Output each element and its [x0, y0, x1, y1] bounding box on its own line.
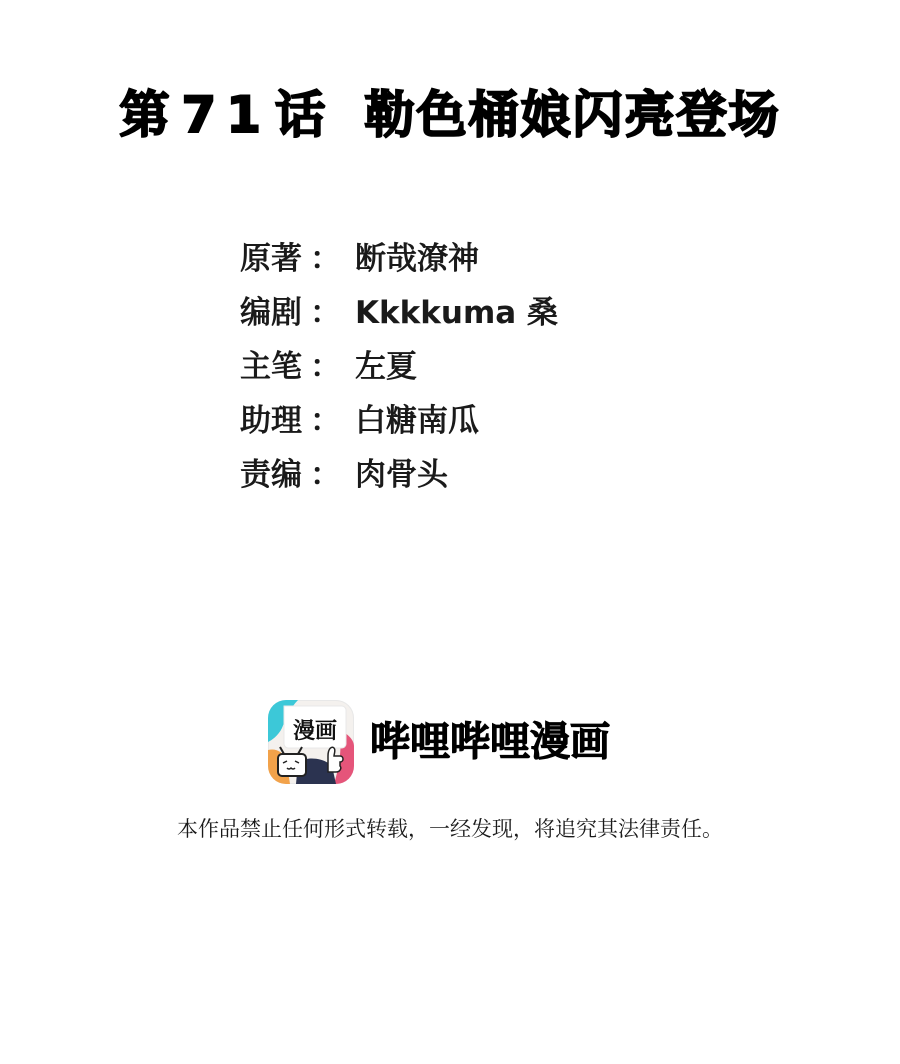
credits-list: 原著 ： 断哉潦神 编剧 ： Kkkkuma 桑 主笔 ： 左夏 助理 ： 白糖… [240, 228, 660, 498]
credit-separator: ： [310, 449, 341, 494]
credit-row-editor: 责编 ： 肉骨头 [240, 444, 660, 498]
credit-row-screenwriter: 编剧 ： Kkkkuma 桑 [240, 282, 660, 336]
brand-name: 哔哩哔哩漫画 [370, 718, 610, 766]
chapter-suffix: 话 [275, 86, 327, 144]
bilibili-comics-app-icon: 漫画 [268, 700, 354, 784]
chapter-name: 勒色桶娘闪亮登场 [365, 86, 781, 144]
credit-name: 白糖南瓜 [355, 395, 479, 440]
svg-text:漫画: 漫画 [293, 718, 337, 744]
credit-name: 左夏 [355, 341, 417, 386]
chapter-prefix: 第 [119, 86, 171, 144]
credit-row-lead-artist: 主笔 ： 左夏 [240, 336, 660, 390]
chapter-number-group: 第71话 [119, 86, 346, 144]
credit-row-original-author: 原著 ： 断哉潦神 [240, 228, 660, 282]
credit-role: 主笔 [240, 341, 302, 386]
credit-name: 断哉潦神 [355, 233, 479, 278]
credit-separator: ： [310, 395, 341, 440]
credit-separator: ： [310, 233, 341, 278]
copyright-notice: 本作品禁止任何形式转载，一经发现，将追究其法律责任。 [0, 814, 900, 844]
chapter-number: 71 [181, 86, 271, 144]
brand-block: 漫画 哔哩哔哩漫画 [268, 700, 610, 784]
credit-role: 责编 [240, 449, 302, 494]
credit-separator: ： [310, 287, 341, 332]
credit-separator: ： [310, 341, 341, 386]
credit-role: 原著 [240, 233, 302, 278]
credit-role: 编剧 [240, 287, 302, 332]
credit-row-assistant: 助理 ： 白糖南瓜 [240, 390, 660, 444]
chapter-title: 第71话 勒色桶娘闪亮登场 [0, 84, 900, 146]
credit-role: 助理 [240, 395, 302, 440]
credit-name: Kkkkuma 桑 [355, 287, 558, 332]
credit-name: 肉骨头 [355, 449, 448, 494]
